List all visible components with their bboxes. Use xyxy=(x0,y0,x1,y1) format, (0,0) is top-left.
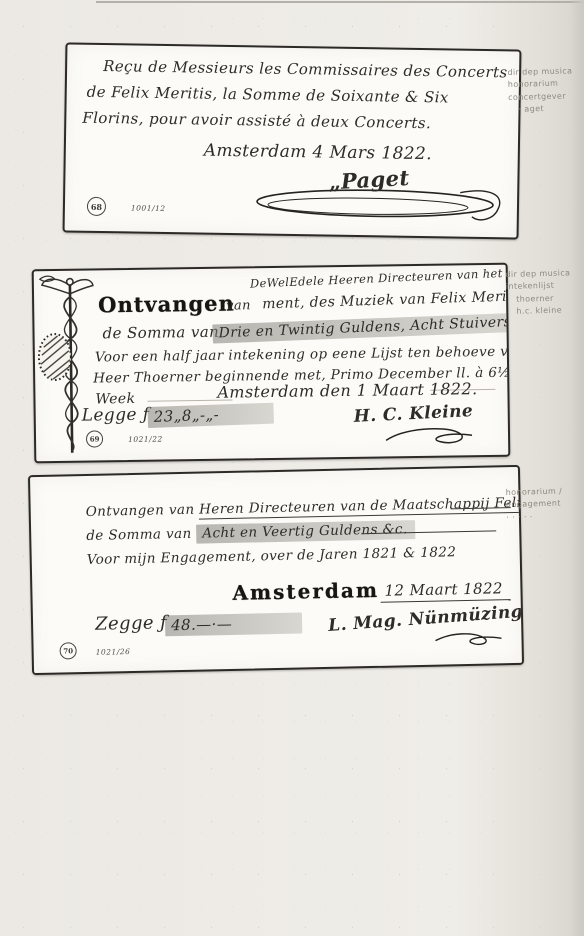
catalog-number-badge: 68 xyxy=(87,197,106,216)
signature-flourish xyxy=(384,425,474,448)
signature-flourish xyxy=(433,629,503,648)
receipt-text-line: Florins, pour avoir assisté à deux Conce… xyxy=(82,109,431,132)
catalog-number-badge: 69 xyxy=(86,430,103,447)
margin-note-3: honorarium / engagement · · · · · xyxy=(506,485,583,524)
addressee-line: DeWelEdele Heeren Directeuren van het De… xyxy=(250,264,511,291)
receipt-paget: Reçu de Messieurs les Commissaires des C… xyxy=(63,42,522,239)
sum-prefix: de Somma van xyxy=(102,323,219,343)
scan-shadow xyxy=(570,0,584,936)
signature-name: H. C. Kleine xyxy=(353,401,473,427)
legge-amount: 48.—·— xyxy=(165,613,302,634)
amount-highlight: 23„8„-„- xyxy=(147,403,274,428)
shelf-mark: 1001/12 xyxy=(131,203,166,213)
scanned-album-page: Reçu de Messieurs les Commissaires des C… xyxy=(0,0,584,936)
signature-name: „Paget xyxy=(328,165,410,194)
body-line: Voor mijn Engagement, over de Jaren 1821… xyxy=(87,544,457,568)
receipt-text-line: de Felix Meritis, la Somme de Soixante &… xyxy=(87,83,449,107)
printed-place: Amsterdam xyxy=(232,578,379,605)
receipt-engagement: Ontvangen van Heren Directeuren van de M… xyxy=(28,465,524,675)
margin-note-line: · aget xyxy=(508,102,584,116)
sum-prefix: de Somma van xyxy=(86,526,192,544)
margin-note-1: dir dep musica honorarium concertgever ·… xyxy=(507,65,584,117)
legge-label: Legge ƒ xyxy=(82,405,150,426)
margin-note-line: h.c. kleine xyxy=(506,304,582,318)
sum-amount: Drie en Twintig Guldens, Acht Stuivers xyxy=(212,314,510,342)
scan-edge xyxy=(96,1,584,3)
date-line: 12 Maart 1822 xyxy=(380,579,511,603)
addressee-underlined: Heren Directeuren van de Maatschappij Fe… xyxy=(199,493,524,519)
margin-note-line: dir dep musica xyxy=(505,267,581,281)
printed-form-header-suffix: van xyxy=(226,298,251,313)
printed-form-header: Ontvangen xyxy=(98,291,235,318)
receipt-kleine: DeWelEdele Heeren Directeuren van het De… xyxy=(32,263,511,464)
place-date-line: Amsterdam den 1 Maart 1822. xyxy=(217,379,477,402)
receipt-text-line: Ontvangen van Heren Directeuren van de M… xyxy=(86,493,524,519)
shelf-mark: 1021/22 xyxy=(128,435,163,444)
caduceus-ornament-icon xyxy=(37,272,98,457)
amount-highlight: 48.—·— xyxy=(165,612,302,636)
ontvangen-prefix: Ontvangen van xyxy=(86,502,195,520)
receipt-text-line: Reçu de Messieurs les Commissaires des C… xyxy=(103,57,508,81)
legge-label: Zegge ƒ xyxy=(95,612,167,635)
margin-note-line: · · · · · xyxy=(506,510,582,524)
body-line: Voor een half jaar intekening op eene Li… xyxy=(95,343,511,365)
margin-note-2: dir dep musica intekenlijst thoerner h.c… xyxy=(505,267,582,319)
margin-note-line: dir dep musica xyxy=(507,65,583,79)
signature-paget: „Paget xyxy=(250,163,511,229)
catalog-number-badge: 70 xyxy=(59,642,76,659)
legge-amount: 23„8„-„- xyxy=(147,404,274,426)
amount-highlight: Drie en Twintig Guldens, Acht Stuivers xyxy=(212,313,510,344)
shelf-mark: 1021/26 xyxy=(96,647,131,657)
date-line: Amsterdam 4 Mars 1822. xyxy=(204,141,432,165)
addressee-line: ment, des Muziek van Felix Meritis xyxy=(262,288,510,312)
